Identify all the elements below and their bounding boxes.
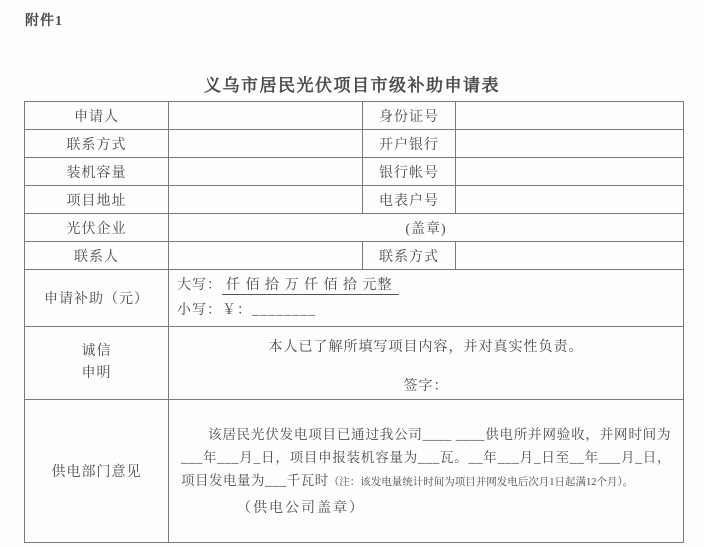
form-title: 义乌市居民光伏项目市级补助申请表 [0, 71, 704, 96]
table-row: 联系人 联系方式 [25, 242, 684, 270]
integrity-declaration-cell: 本人已了解所填写项目内容，并对真实性负责。 签字： [169, 327, 684, 400]
field-label-id-number: 身份证号 [363, 102, 456, 130]
subsidy-amount-cell: 大写：仟 佰 拾 万 仟 佰 拾 元整 小写：￥：________ [169, 270, 684, 327]
subsidy-lowercase-prefix: 小写：￥： [177, 303, 252, 318]
field-value-contact-method-2 [456, 242, 684, 270]
field-label-contact-method: 联系方式 [25, 130, 169, 158]
power-dept-opinion-cell: 该居民光伏发电项目已通过我公司____ ____供电所并网验收，并网时间为___… [169, 400, 684, 543]
subsidy-uppercase-value: 仟 佰 拾 万 仟 佰 拾 元整 [222, 278, 399, 295]
table-row: 供电部门意见 该居民光伏发电项目已通过我公司____ ____供电所并网验收，并… [25, 400, 684, 543]
subsidy-lowercase-blank: ________ [252, 303, 316, 318]
table-row: 诚信 申明 本人已了解所填写项目内容，并对真实性负责。 签字： [25, 327, 684, 400]
table-row: 联系方式 开户银行 [25, 130, 684, 158]
signature-label: 签字： [169, 375, 683, 395]
power-dept-note: （注：该发电量统计时间为项目并网发电后次月1日起满12个月）。 [329, 477, 634, 488]
subsidy-uppercase-prefix: 大写： [177, 278, 222, 293]
table-row: 装机容量 银行帐号 [25, 158, 684, 186]
table-row: 项目地址 电表户号 [25, 186, 684, 214]
subsidy-uppercase-line: 大写：仟 佰 拾 万 仟 佰 拾 元整 [177, 273, 677, 298]
table-row: 申请人 身份证号 [25, 102, 684, 130]
field-label-installed-capacity: 装机容量 [25, 158, 169, 186]
field-value-id-number [456, 102, 684, 130]
pv-company-seal-placeholder: (盖章) [169, 214, 684, 242]
field-value-project-address [169, 186, 363, 214]
field-value-contact-person [169, 242, 363, 270]
field-label-contact-method-2: 联系方式 [363, 242, 456, 270]
field-value-applicant [169, 102, 363, 130]
field-value-contact-method [169, 130, 363, 158]
integrity-statement: 本人已了解所填写项目内容，并对真实性负责。 [169, 336, 683, 356]
field-label-bank-name: 开户银行 [363, 130, 456, 158]
power-dept-paragraph: 该居民光伏发电项目已通过我公司____ ____供电所并网验收，并网时间为___… [181, 423, 671, 494]
field-label-applicant: 申请人 [25, 102, 169, 130]
field-label-contact-person: 联系人 [25, 242, 169, 270]
field-value-installed-capacity [169, 158, 363, 186]
subsidy-lowercase-line: 小写：￥：________ [177, 298, 677, 323]
field-label-meter-account: 电表户号 [363, 186, 456, 214]
field-label-project-address: 项目地址 [25, 186, 169, 214]
field-value-bank-account [456, 158, 684, 186]
field-label-subsidy-amount: 申请补助（元） [25, 270, 169, 327]
field-label-pv-company: 光伏企业 [25, 214, 169, 242]
field-value-bank-name [456, 130, 684, 158]
table-row: 光伏企业 (盖章) [25, 214, 684, 242]
field-label-integrity-declaration: 诚信 申明 [25, 327, 169, 400]
field-value-meter-account [456, 186, 684, 214]
attachment-label: 附件1 [25, 10, 63, 30]
table-row: 申请补助（元） 大写：仟 佰 拾 万 仟 佰 拾 元整 小写：￥：_______… [25, 270, 684, 327]
field-label-power-dept-opinion: 供电部门意见 [25, 400, 169, 543]
field-label-bank-account: 银行帐号 [363, 158, 456, 186]
power-company-seal-label: （供电公司盖章） [237, 497, 671, 520]
application-form-table: 申请人 身份证号 联系方式 开户银行 装机容量 银行帐号 项目地址 电表户号 [24, 101, 684, 543]
document-page: 附件1 义乌市居民光伏项目市级补助申请表 申请人 身份证号 联系方式 开户银行 … [0, 0, 704, 547]
